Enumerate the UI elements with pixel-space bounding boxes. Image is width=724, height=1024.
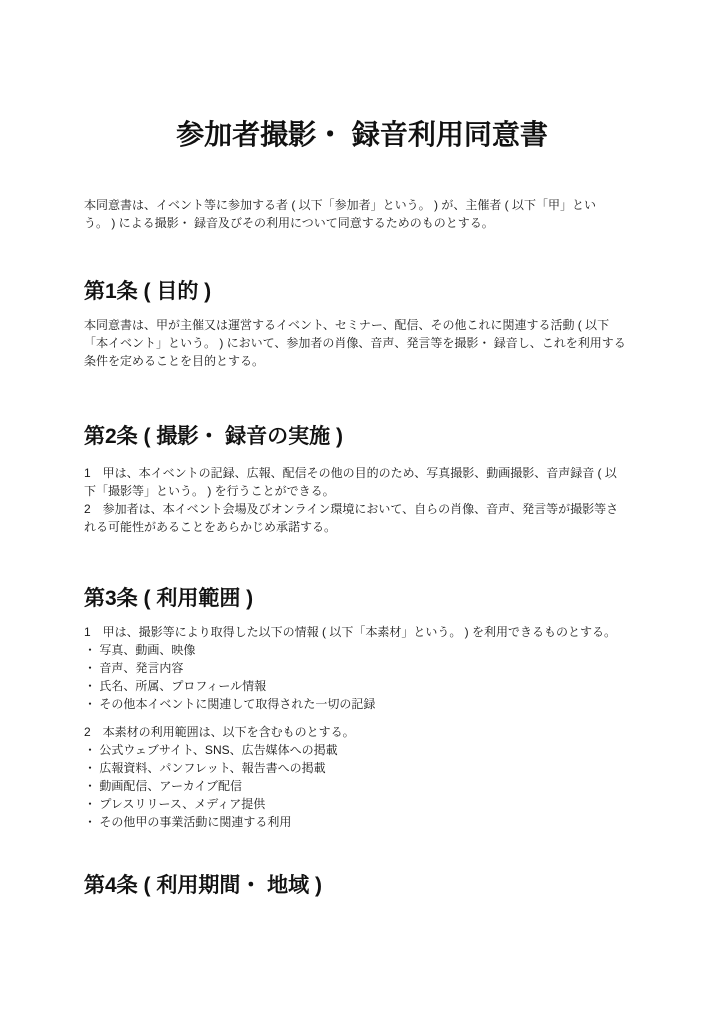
document-page: 参加者撮影・ 録音利用同意書 本同意書は、イベント等に参加する者 ( 以下「参加… <box>0 0 724 1024</box>
section-4-heading: 第4条 ( 利用期間・ 地域 ) <box>84 873 704 899</box>
intro-paragraph: 本同意書は、イベント等に参加する者 ( 以下「参加者」という。 ) が、主催者 … <box>84 196 684 232</box>
document-title: 参加者撮影・ 録音利用同意書 <box>0 118 724 152</box>
section-2-body: 1 甲は、本イベントの記録、広報、配信その他の目的のため、写真撮影、動画撮影、音… <box>84 464 684 536</box>
section-1-heading: 第1条 ( 目的 ) <box>84 279 704 305</box>
section-1-body: 本同意書は、甲が主催又は運営するイベント、セミナー、配信、その他これに関連する活… <box>84 316 684 370</box>
section-3-heading: 第3条 ( 利用範囲 ) <box>84 586 704 612</box>
section-2-heading: 第2条 ( 撮影・ 録音の実施 ) <box>84 424 704 450</box>
section-3-body-usage-scope-list: 2 本素材の利用範囲は、以下を含むものとする。 ・ 公式ウェブサイト、SNS、広… <box>84 723 684 831</box>
section-3-body-materials-list: 1 甲は、撮影等により取得した以下の情報 ( 以下「本素材」という。 ) を利用… <box>84 623 684 713</box>
